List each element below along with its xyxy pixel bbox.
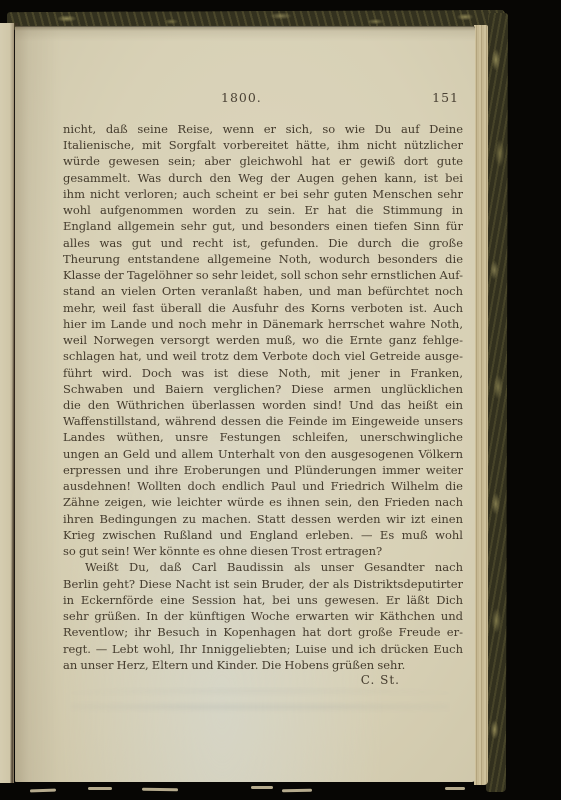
text-line: in Eckernförde eine Session hat, bei uns…	[63, 592, 463, 608]
text-line: schlagen hat, und weil trotz dem Verbote…	[63, 348, 463, 364]
text-line: sehr grüßen. In der künftigen Woche erwa…	[63, 608, 463, 624]
text-line: so gut sein! Wer könnte es ohne diesen T…	[63, 543, 463, 559]
text-line: führt wird. Doch was ist diese Noth, mit…	[63, 365, 463, 381]
text-line: Landes wüthen, unsre Festungen schleifen…	[63, 429, 463, 445]
header-date: 1800.	[221, 90, 262, 105]
letter-signature: C. St.	[361, 673, 400, 687]
text-line: die den Wüthrichen überlassen worden sin…	[63, 397, 463, 413]
text-line: ihren Bedingungen zu machen. Statt desse…	[63, 511, 463, 527]
text-line: hier im Lande und noch mehr in Dänemark …	[63, 316, 463, 332]
book-cover-right-edge	[486, 13, 508, 792]
text-line: an unser Herz, Eltern und Kinder. Die Ho…	[63, 657, 463, 673]
text-line: Italienische, mit Sorgfalt vorbereitet h…	[63, 137, 463, 153]
page-edge-glint	[251, 786, 273, 789]
page-edge-glint	[282, 789, 312, 793]
text-line: weil Norwegen versorgt werden muß, wo di…	[63, 332, 463, 348]
text-line: erpressen und ihre Eroberungen und Plünd…	[63, 462, 463, 478]
text-line: Weißt Du, daß Carl Baudissin als unser G…	[63, 559, 463, 575]
text-line: Theurung entstandene allgemeine Noth, wo…	[63, 251, 463, 267]
text-line: Reventlow; ihr Besuch in Kopenhagen hat …	[63, 624, 463, 640]
text-line: Waffenstillstand, während dessen die Fei…	[63, 413, 463, 429]
page-edge-glint	[445, 787, 465, 790]
text-line: Zähne zeigen, wie leichter würde es ihne…	[63, 494, 463, 510]
text-line: ihm nicht verloren; auch scheint er bei …	[63, 186, 463, 202]
page-number: 151	[432, 90, 459, 105]
text-line: mehr, weil fast überall die Ausfuhr des …	[63, 300, 463, 316]
text-line: gesammelt. Was durch den Weg der Augen g…	[63, 170, 463, 186]
text-line: nicht, daß seine Reise, wenn er sich, so…	[63, 121, 463, 137]
text-line: würde gewesen sein; aber gleichwohl hat …	[63, 153, 463, 169]
text-line: Schwaben und Baiern verglichen? Diese ar…	[63, 381, 463, 397]
book-page: 1800. 151 nicht, daß seine Reise, wenn e…	[15, 26, 475, 782]
text-line: wohl aufgenommen worden zu sein. Er hat …	[63, 202, 463, 218]
text-line: ungen an Geld und allem Unterhalt von de…	[63, 446, 463, 462]
book-photo: 1800. 151 nicht, daß seine Reise, wenn e…	[0, 0, 561, 800]
stacked-page-edges	[474, 25, 488, 785]
text-block: nicht, daß seine Reise, wenn er sich, so…	[63, 121, 463, 673]
page-edge-glint	[88, 787, 112, 790]
text-line: ausdehnen! Wollten doch endlich Paul und…	[63, 478, 463, 494]
page-edge-glint	[30, 789, 56, 793]
page-edge-glint	[142, 788, 178, 792]
text-line: regt. — Lebt wohl, Ihr Inniggeliebten; L…	[63, 641, 463, 657]
text-line: Berlin geht? Diese Nacht ist sein Bruder…	[63, 576, 463, 592]
running-header: 1800. 151	[63, 90, 463, 108]
text-line: England allgemein sehr gut, und besonder…	[63, 218, 463, 234]
page-showthrough	[70, 687, 450, 721]
text-line: Klasse der Tagelöhner so sehr leidet, so…	[63, 267, 463, 283]
text-line: stand an vielen Orten veranlaßt haben, u…	[63, 283, 463, 299]
text-line: Krieg zwischen Rußland und England erleb…	[63, 527, 463, 543]
text-line: alles was gut und recht ist, gefunden. D…	[63, 235, 463, 251]
